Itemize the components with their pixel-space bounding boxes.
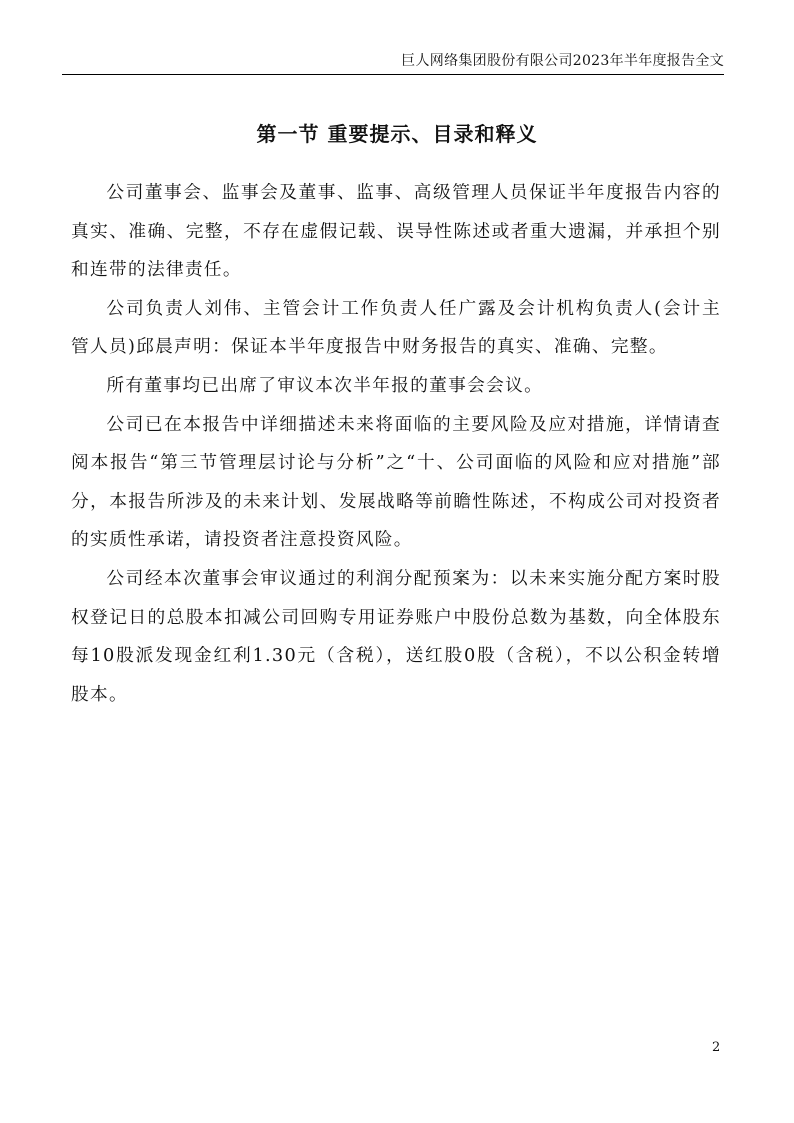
paragraph-financial-statement-declaration: 公司负责人刘伟、主管会计工作负责人任广露及会计机构负责人(会计主管人员)邱晨声明…: [71, 290, 721, 367]
running-title: 巨人网络集团股份有限公司2023年半年度报告全文: [401, 53, 724, 69]
section-title: 第一节 重要提示、目录和释义: [0, 118, 794, 147]
paragraph-board-attendance: 所有董事均已出席了审议本次半年报的董事会会议。: [71, 367, 721, 406]
paragraph-responsibility-statement: 公司董事会、监事会及董事、监事、高级管理人员保证半年度报告内容的真实、准确、完整…: [71, 174, 721, 290]
paragraph-risk-notice: 公司已在本报告中详细描述未来将面临的主要风险及应对措施，详情请查阅本报告“第三节…: [71, 406, 721, 560]
running-header: 巨人网络集团股份有限公司2023年半年度报告全文: [62, 48, 724, 75]
paragraph-profit-distribution: 公司经本次董事会审议通过的利润分配预案为：以未来实施分配方案时股权登记日的总股本…: [71, 560, 721, 714]
document-body: 公司董事会、监事会及董事、监事、高级管理人员保证半年度报告内容的真实、准确、完整…: [71, 174, 721, 714]
page-number: 2: [712, 1040, 720, 1055]
